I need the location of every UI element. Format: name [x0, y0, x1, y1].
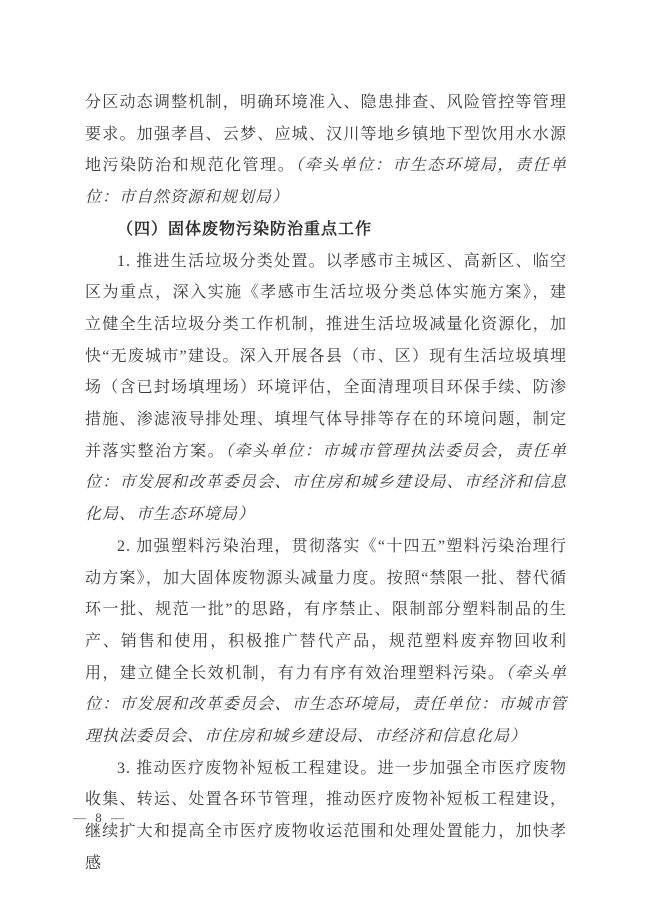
item-3-paragraph: 3. 推动医疗废物补短板工程建设。进一步加强全市医疗废物收集、转运、处置各环节管…: [85, 753, 567, 880]
paragraph-text: 3. 推动医疗废物补短板工程建设。进一步加强全市医疗废物收集、转运、处置各环节管…: [85, 760, 567, 872]
document-body: 分区动态调整机制，明确环境准入、隐患排查、风险管控等管理要求。加强孝昌、云梦、应…: [85, 87, 567, 880]
paragraph-continuation: 分区动态调整机制，明确环境准入、隐患排查、风险管控等管理要求。加强孝昌、云梦、应…: [85, 87, 567, 214]
paragraph-text: 1. 推进生活垃圾分类处置。以孝感市主城区、高新区、临空区为重点，深入实施《孝感…: [85, 253, 567, 460]
page-number: — 8 —: [73, 810, 127, 826]
paragraph-text: 2. 加强塑料污染治理，贯彻落实《“十四五”塑料污染治理行动方案》，加大固体废物…: [85, 538, 567, 682]
item-2-paragraph: 2. 加强塑料污染治理，贯彻落实《“十四五”塑料污染治理行动方案》，加大固体废物…: [85, 531, 567, 753]
section-heading: （四）固体废物污染防治重点工作: [85, 214, 567, 246]
document-page: 分区动态调整机制，明确环境准入、隐患排查、风险管控等管理要求。加强孝昌、云梦、应…: [0, 0, 650, 919]
item-1-paragraph: 1. 推进生活垃圾分类处置。以孝感市主城区、高新区、临空区为重点，深入实施《孝感…: [85, 246, 567, 531]
section-heading-text: （四）固体废物污染防治重点工作: [117, 221, 372, 238]
